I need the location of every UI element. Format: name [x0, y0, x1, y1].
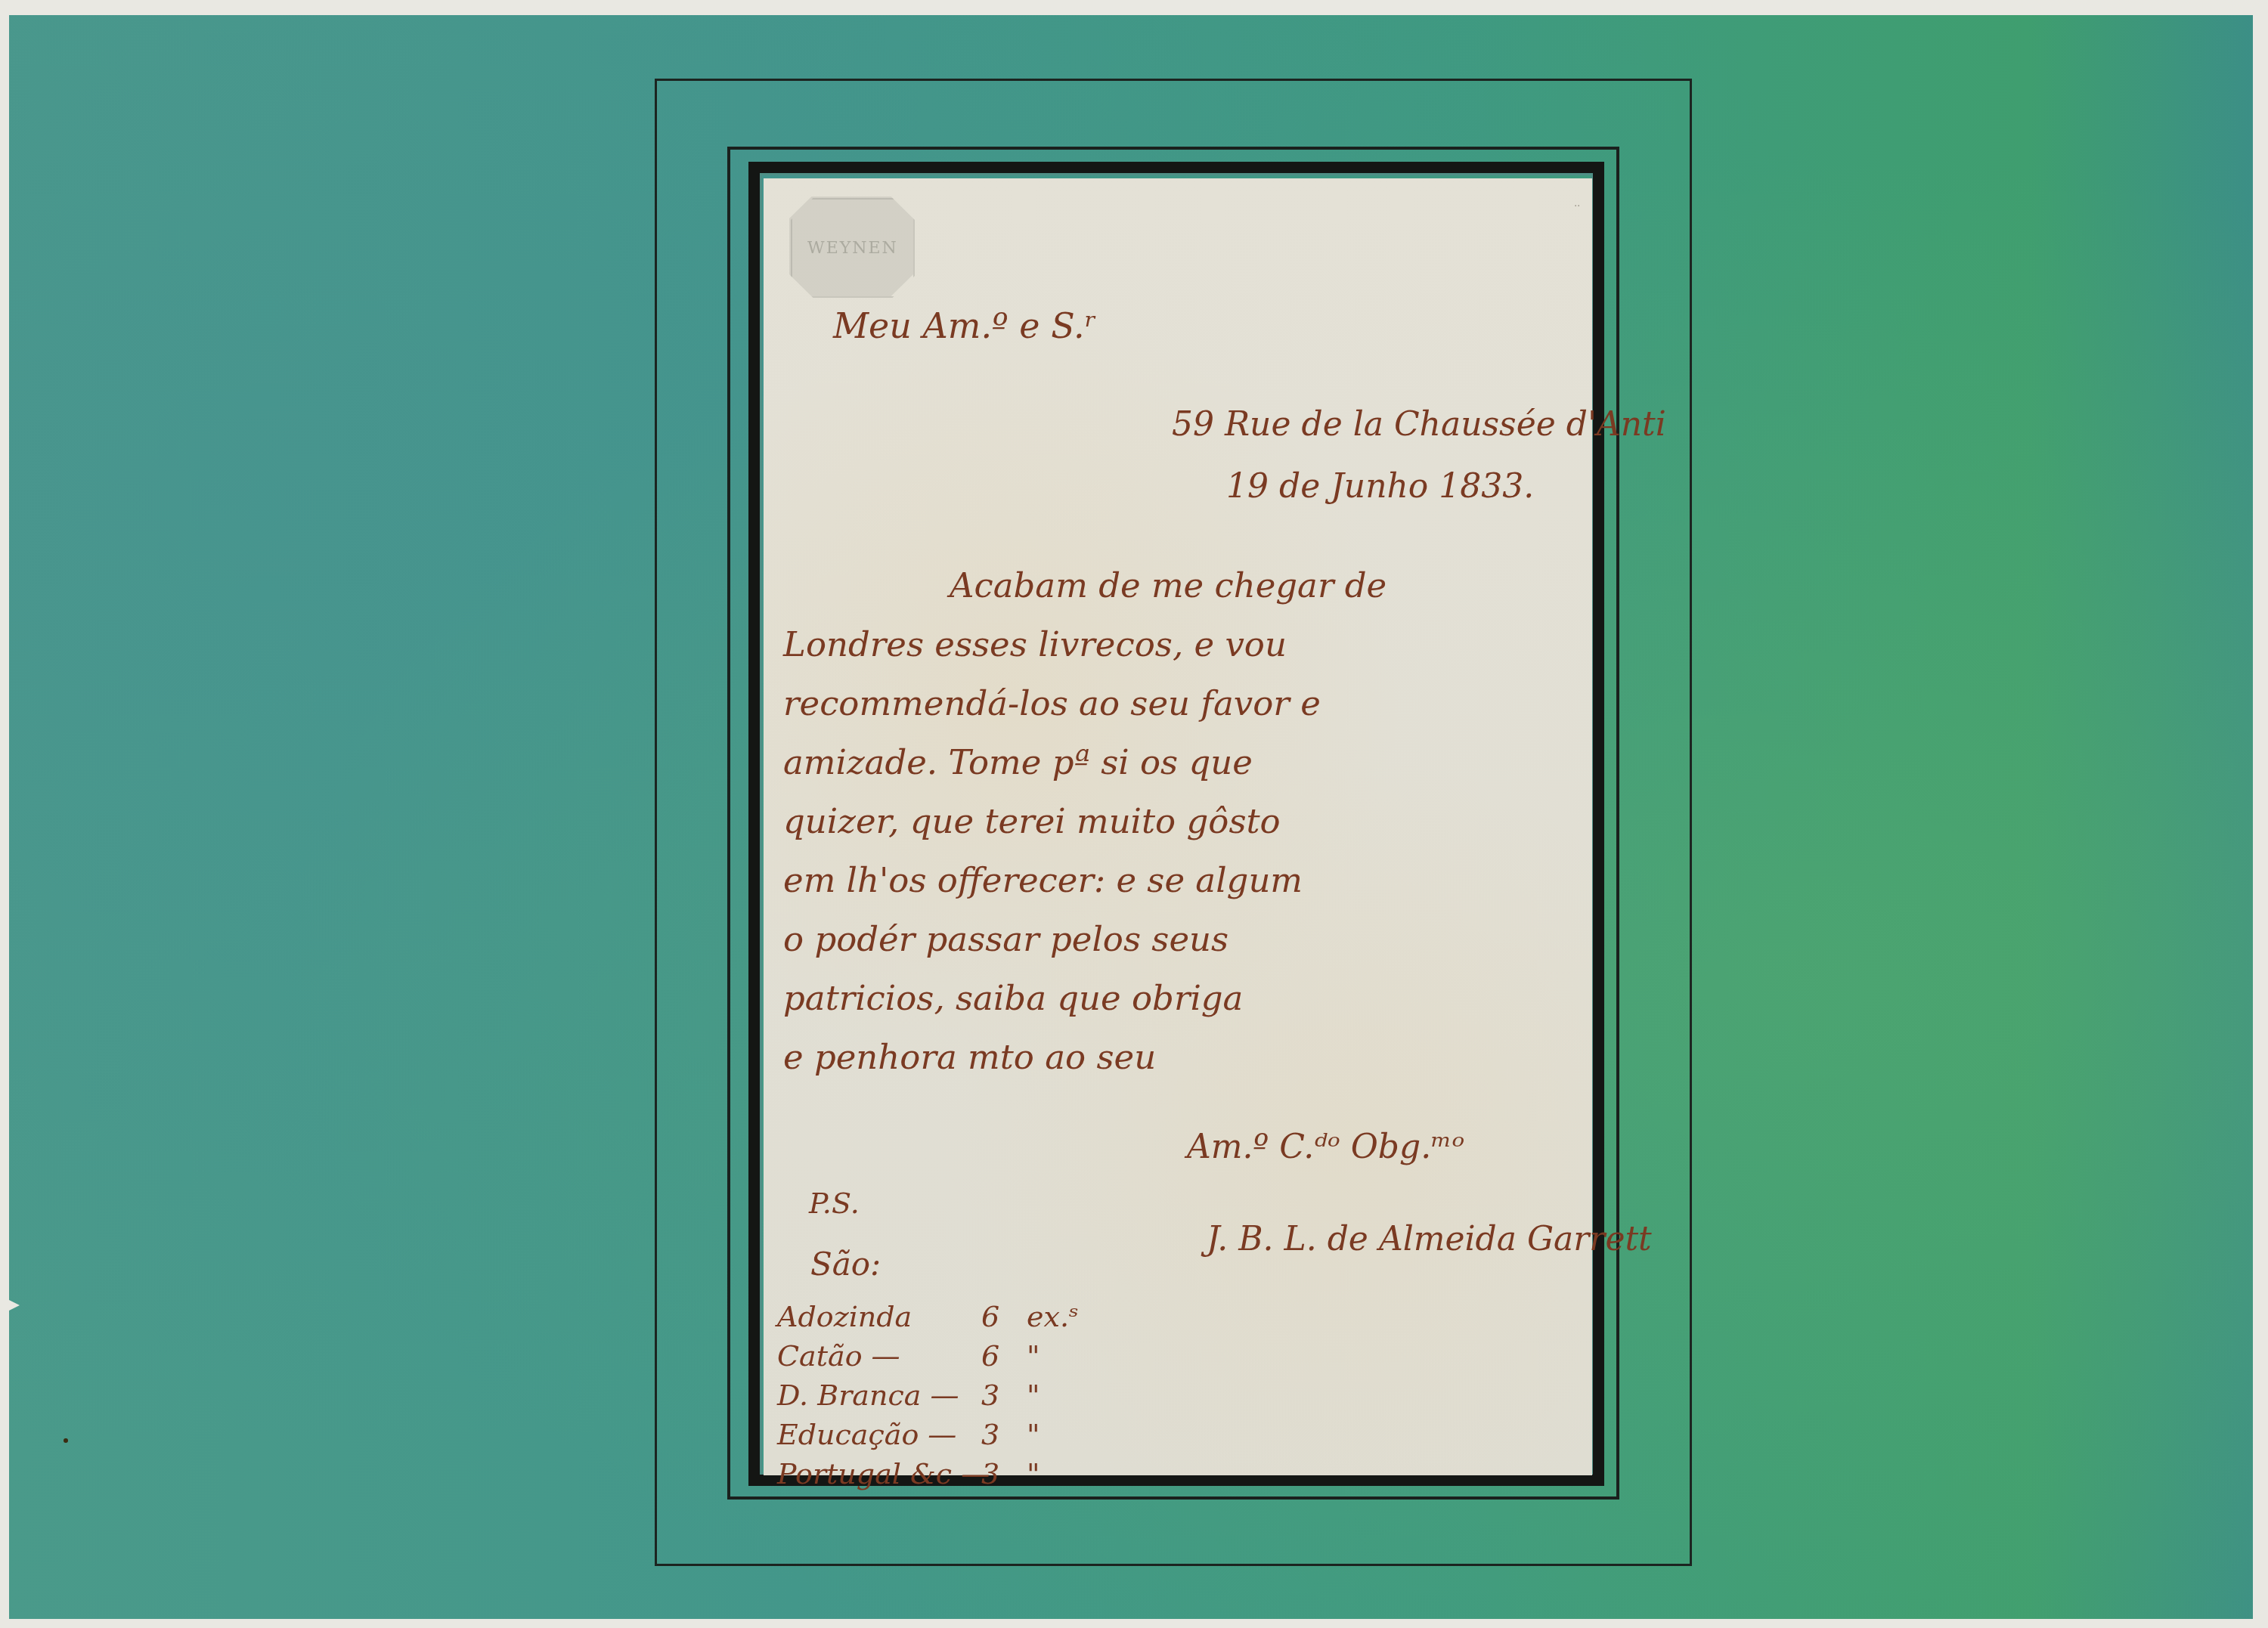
- list-item: D. Branca — 3 ": [777, 1376, 1155, 1415]
- item-unit: ": [1027, 1376, 1102, 1415]
- date-line: 19 de Junho 1833.: [1226, 467, 1534, 506]
- mount-speck: [64, 1438, 68, 1443]
- item-qty: 6: [981, 1297, 1027, 1336]
- body-line: quizer, que terei muito gôsto: [783, 792, 1585, 851]
- embossed-stamp: WEYNEN: [791, 198, 915, 298]
- item-unit: ex.ˢ: [1027, 1297, 1102, 1336]
- postscript-list: Adozinda 6 ex.ˢ Catão — 6 " D. Branca — …: [777, 1297, 1155, 1493]
- body-line: Londres esses livrecos, e vou: [783, 615, 1585, 674]
- item-unit: ": [1027, 1454, 1102, 1493]
- item-qty: 3: [981, 1376, 1027, 1415]
- body-line: o podér passar pelos seus: [783, 910, 1585, 969]
- stamp-text: WEYNEN: [807, 239, 898, 258]
- pencil-mark: ··: [1574, 201, 1580, 212]
- list-item: Portugal &c — 3 ": [777, 1454, 1155, 1493]
- item-title: Adozinda: [777, 1297, 981, 1336]
- item-qty: 6: [981, 1336, 1027, 1376]
- item-title: Portugal &c —: [777, 1454, 981, 1493]
- list-item: Educação — 3 ": [777, 1415, 1155, 1454]
- item-title: Educação —: [777, 1415, 981, 1454]
- postscript-label: P.S.: [809, 1187, 860, 1220]
- item-unit: ": [1027, 1336, 1102, 1376]
- item-title: Catão —: [777, 1336, 981, 1376]
- body-line: recommendá-los ao seu favor e: [783, 674, 1585, 733]
- closing: Am.º C.ᵈᵒ Obg.ᵐᵒ: [1187, 1128, 1464, 1166]
- item-title: D. Branca —: [777, 1376, 981, 1415]
- body-line: Acabam de me chegar de: [783, 556, 1585, 615]
- letter-body: Acabam de me chegar de Londres esses liv…: [783, 556, 1585, 1087]
- item-qty: 3: [981, 1415, 1027, 1454]
- item-qty: 3: [981, 1454, 1027, 1493]
- item-unit: ": [1027, 1415, 1102, 1454]
- body-line: em lh'os offerecer: e se algum: [783, 851, 1585, 910]
- postscript-intro: São:: [810, 1246, 881, 1283]
- address-line: 59 Rue de la Chaussée d'Anti: [1172, 405, 1666, 444]
- list-item: Adozinda 6 ex.ˢ: [777, 1297, 1155, 1336]
- signature: J. B. L. de Almeida Garrett: [1207, 1220, 1652, 1258]
- body-line: e penhora mto ao seu: [783, 1028, 1585, 1087]
- body-line: patricios, saiba que obriga: [783, 969, 1585, 1028]
- salutation: Meu Am.º e S.ʳ: [833, 305, 1097, 346]
- list-item: Catão — 6 ": [777, 1336, 1155, 1376]
- body-line: amizade. Tome pª si os que: [783, 733, 1585, 792]
- letter-paper: WEYNEN ·· Meu Am.º e S.ʳ 59 Rue de la Ch…: [764, 178, 1592, 1475]
